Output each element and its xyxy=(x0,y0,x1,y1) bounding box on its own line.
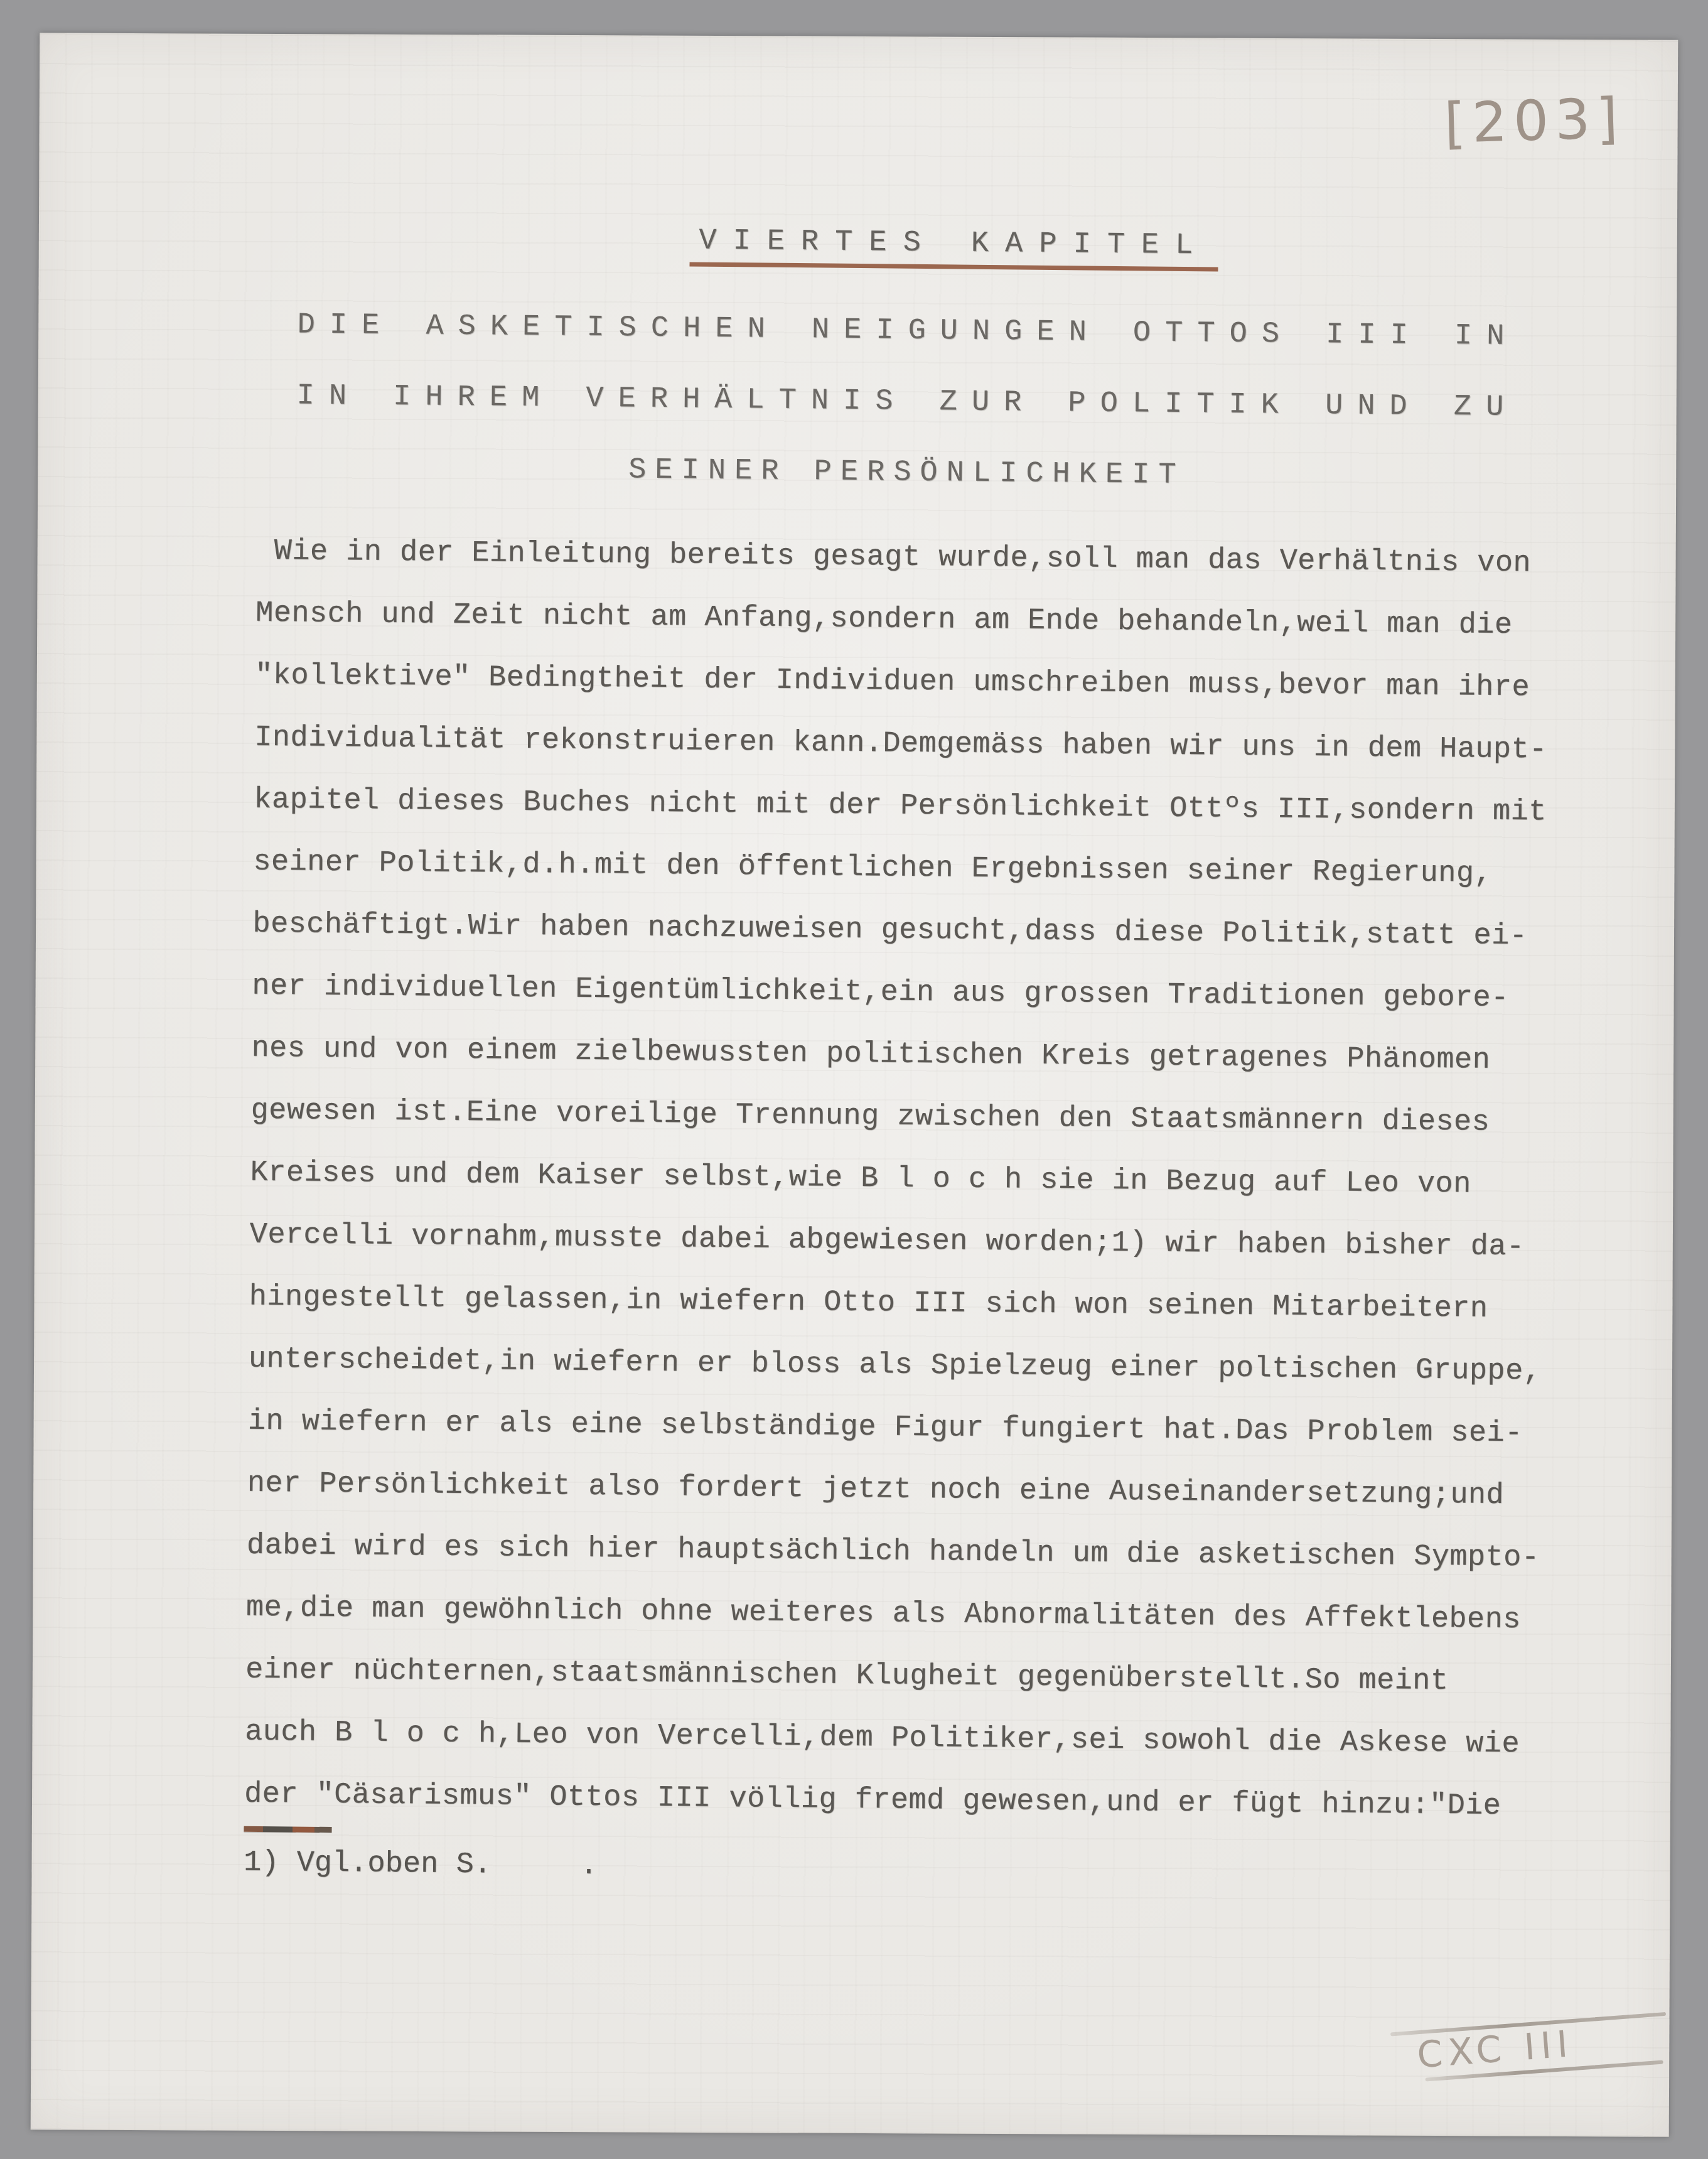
typed-content: VIERTES KAPITEL DIE ASKETISCHEN NEIGUNGE… xyxy=(25,29,1684,2141)
chapter-subtitle: DIE ASKETISCHEN NEIGUNGEN OTTOS III ININ… xyxy=(257,289,1558,515)
chapter-subtitle-line: SEINER PERSÖNLICHKEIT xyxy=(257,431,1557,515)
footnote: 1) Vgl.oben S. . xyxy=(244,1826,598,1892)
body-text: Wie in der Einleitung bereits gesagt wur… xyxy=(244,520,1587,1838)
chapter-subtitle-line: IN IHREM VERHÄLTNIS ZUR POLITIK UND ZU xyxy=(257,360,1557,444)
chapter-title: VIERTES KAPITEL xyxy=(690,220,1218,271)
chapter-heading: VIERTES KAPITEL xyxy=(259,217,1559,275)
typed-line: der "Cäsarismus" Ottos III völlig fremd … xyxy=(244,1763,1576,1838)
scanned-typescript-page: [203] VIERTES KAPITEL DIE ASKETISCHEN NE… xyxy=(31,33,1678,2136)
footnote-text: 1) Vgl.oben S. . xyxy=(244,1838,598,1892)
scan-background: { "annotations": { "top_right": "[203]",… xyxy=(0,0,1708,2159)
chapter-subtitle-line: DIE ASKETISCHEN NEIGUNGEN OTTOS III IN xyxy=(258,289,1558,373)
footnote-separator-rule xyxy=(244,1826,332,1833)
